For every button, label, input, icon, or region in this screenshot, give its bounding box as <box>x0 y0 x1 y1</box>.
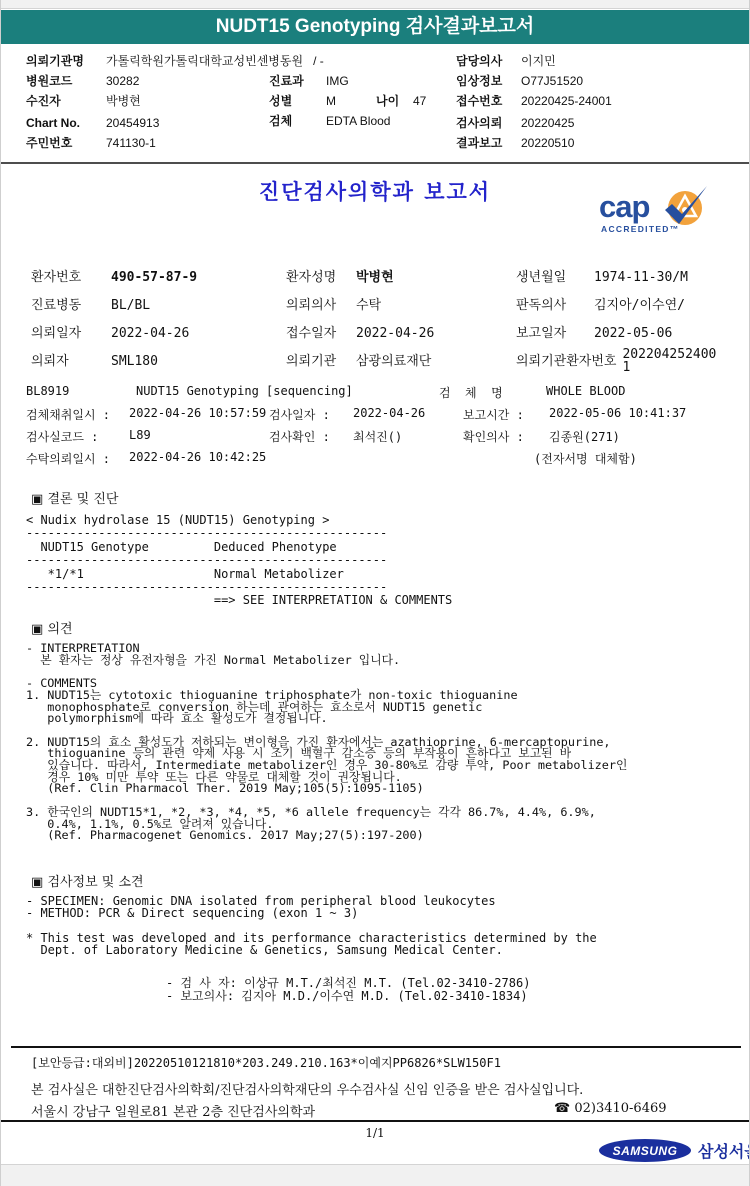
specimen-label: 검체 <box>269 111 326 131</box>
birthdate-value: 1974-11-30/M <box>594 264 688 292</box>
lab-address: 서울시 강남구 일원로81 본관 2층 진단검사의학과 <box>31 1101 315 1120</box>
phone-icon: ☎ <box>554 1101 570 1116</box>
specimen-name-label: 검 체 명 <box>439 384 503 401</box>
specimen-name-value: WHOLE BLOOD <box>546 384 625 398</box>
requester-value: SML180 <box>111 348 158 376</box>
test-verify-value: 최석진() <box>353 428 402 445</box>
patient-no-value: 490-57-87-9 <box>111 264 197 292</box>
confirm-doctor-value: 김종원(271) <box>549 428 620 445</box>
resident-no-row: 주민번호741130-1 <box>26 133 456 153</box>
ward-value: BL/BL <box>111 292 150 320</box>
opinion-title-text: 의견 <box>47 622 72 637</box>
test-info-section-title: ▣ 검사정보 및 소견 <box>31 871 144 890</box>
test-info-bullet-icon: ▣ <box>31 875 43 890</box>
conclusion-title-text: 결론 및 진단 <box>47 492 118 507</box>
report-time-label: 보고시간 : <box>463 406 524 423</box>
signature-lines: - 검 사 자: 이상규 M.T./최석진 M.T. (Tel.02-3410-… <box>166 977 530 1002</box>
top-gray-strip <box>1 0 749 9</box>
sex-value: M <box>326 91 376 111</box>
examinee-value: 박병현 <box>106 91 141 111</box>
lab-code-value: L89 <box>129 428 151 442</box>
header-divider <box>1 162 749 164</box>
referring-doctor-label: 의뢰의사 <box>286 292 356 320</box>
confirm-doctor-label: 확인의사 : <box>463 428 524 445</box>
collect-datetime-label: 검체채취일시 : <box>26 406 110 423</box>
order-date-row: 검사의뢰20220425 <box>456 113 746 133</box>
report-date-value: 2022-05-06 <box>594 320 672 348</box>
cap-accredited-logo: cap ACCREDITED™ <box>599 192 719 242</box>
clinical-info-value: O77J51520 <box>521 71 583 91</box>
lab-phone: ☎ 02)3410-6469 <box>554 1101 667 1116</box>
chart-no-label: Chart No. <box>26 113 106 133</box>
test-code: BL8919 <box>26 384 69 398</box>
patient-row-3: 의뢰일자2022-04-26 접수일자2022-04-26 보고일자2022-0… <box>31 320 739 348</box>
result-report-label: 결과보고 <box>456 133 521 153</box>
test-verify-label: 검사확인 : <box>269 428 330 445</box>
phone-number: 02)3410-6469 <box>574 1101 666 1116</box>
opinion-bullet-icon: ▣ <box>31 622 43 637</box>
patient-row-1: 환자번호490-57-87-9 환자성명박병현 생년월일1974-11-30/M <box>31 264 739 292</box>
entrust-datetime-label: 수탁의뢰일시 : <box>26 450 110 467</box>
sex-label: 성별 <box>269 91 326 111</box>
org-patient-no-value: 2022042524001 <box>622 348 718 376</box>
department-value: IMG <box>326 71 349 91</box>
resident-no-label: 주민번호 <box>26 133 106 153</box>
specimen-row: 검체EDTA Blood <box>269 111 469 131</box>
collect-datetime-value: 2022-04-26 10:57:59 <box>129 406 266 420</box>
age-value: 47 <box>413 91 426 111</box>
lab-code-label: 검사실코드 : <box>26 428 98 445</box>
patient-name-value: 박병현 <box>356 264 394 292</box>
entrust-datetime-value: 2022-04-26 10:42:25 <box>129 450 266 464</box>
esign-note: (전자서명 대체함) <box>534 450 637 467</box>
receipt-date-label: 접수일자 <box>286 320 356 348</box>
request-date-value: 2022-04-26 <box>111 320 189 348</box>
birthdate-label: 생년월일 <box>516 264 588 292</box>
opinion-section-title: ▣ 의견 <box>31 618 73 637</box>
lab-certification-text: 본 검사실은 대한진단검사의학회/진단검사의학재단의 우수검사실 신임 인증을 … <box>31 1079 583 1098</box>
cap-logo-text: cap <box>599 192 649 222</box>
report-title-bar: NUDT15 Genotyping 검사결과보고서 <box>1 10 749 44</box>
order-date-label: 검사의뢰 <box>456 113 521 133</box>
resident-no-value: 741130-1 <box>106 133 156 153</box>
conclusion-section-title: ▣ 결론 및 진단 <box>31 488 119 507</box>
department-row: 진료과IMG <box>269 71 469 91</box>
sex-age-row: 성별M나이47 <box>269 91 469 111</box>
reading-doctor-value: 김지아/이수연/ <box>594 292 685 320</box>
specimen-value: EDTA Blood <box>326 111 390 131</box>
request-date-label: 의뢰일자 <box>31 320 111 348</box>
test-name: NUDT15 Genotyping [sequencing] <box>136 384 353 398</box>
hospital-code-value: 30282 <box>106 71 139 91</box>
test-date-label: 검사일자 : <box>269 406 330 423</box>
receipt-date-value: 2022-04-26 <box>356 320 434 348</box>
department-label: 진료과 <box>269 71 326 91</box>
patient-row-4: 의뢰자SML180 의뢰기관삼광의료재단 의뢰기관환자번호20220425240… <box>31 348 739 376</box>
test-info-title-text: 검사정보 및 소견 <box>47 875 143 890</box>
result-report-value: 20220510 <box>521 133 574 153</box>
footer-top-rule <box>11 1046 741 1048</box>
conclusion-result-table: < Nudix hydrolase 15 (NUDT15) Genotyping… <box>26 514 452 608</box>
org-patient-no-label: 의뢰기관환자번호 <box>516 348 616 376</box>
patient-no-label: 환자번호 <box>31 264 111 292</box>
report-date-label: 보고일자 <box>516 320 588 348</box>
test-header-block: BL8919 NUDT15 Genotyping [sequencing] 검 … <box>1 384 749 476</box>
test-info-text: - SPECIMEN: Genomic DNA isolated from pe… <box>26 895 597 956</box>
test-date-value: 2022-04-26 <box>353 406 425 420</box>
result-report-row: 결과보고20220510 <box>456 133 746 153</box>
referral-org-row: 의뢰기관명가톨릭학원가톨릭대학교성빈센병동원 / - <box>26 51 456 71</box>
referral-org-label: 의뢰기관명 <box>26 51 106 71</box>
patient-info-table: 환자번호490-57-87-9 환자성명박병현 생년월일1974-11-30/M… <box>31 264 739 376</box>
conclusion-bullet-icon: ▣ <box>31 492 43 507</box>
patient-name-label: 환자성명 <box>286 264 356 292</box>
accession-no-row: 접수번호20220425-24001 <box>456 91 746 111</box>
hospital-code-label: 병원코드 <box>26 71 106 91</box>
clinical-info-label: 임상정보 <box>456 71 521 91</box>
samsung-logo-text: SAMSUNG <box>613 1144 678 1158</box>
attending-doctor-row: 담당의사이지민 <box>456 51 746 71</box>
lab-report-page: { "colors":{ "title_bar_bg":"#1b7f7d", "… <box>0 0 750 1186</box>
bottom-gray-strip <box>1 1164 749 1186</box>
cap-accredited-text: ACCREDITED™ <box>601 224 680 234</box>
opinion-text: - INTERPRETATION 본 환자는 정상 유전자형을 가진 Norma… <box>26 643 627 842</box>
report-time-value: 2022-05-06 10:41:37 <box>549 406 686 420</box>
examinee-label: 수진자 <box>26 91 106 111</box>
security-classification: [보안등급:대외비]20220510121810*203.249.210.163… <box>31 1054 501 1071</box>
patient-row-2: 진료병동BL/BL 의뢰의사수탁 판독의사김지아/이수연/ <box>31 292 739 320</box>
referring-doctor-value: 수탁 <box>356 292 381 320</box>
hospital-name-text: 삼성서울병원 <box>698 1139 750 1162</box>
accession-no-value: 20220425-24001 <box>521 91 612 111</box>
attending-doctor-value: 이지민 <box>521 51 556 71</box>
footer-bottom-rule <box>1 1120 749 1122</box>
samsung-logo-ellipse: SAMSUNG <box>599 1139 691 1162</box>
ward-label: 진료병동 <box>31 292 111 320</box>
chart-no-value: 20454913 <box>106 113 159 133</box>
referral-org2-label: 의뢰기관 <box>286 348 356 376</box>
attending-doctor-label: 담당의사 <box>456 51 521 71</box>
referral-info-right: 담당의사이지민 임상정보O77J51520 접수번호20220425-24001… <box>456 51 746 153</box>
age-label: 나이 <box>376 91 413 111</box>
referral-info-middle: 진료과IMG 성별M나이47 검체EDTA Blood <box>269 71 469 131</box>
samsung-hospital-logo: SAMSUNG 삼성서울병원 <box>599 1137 750 1163</box>
requester-label: 의뢰자 <box>31 348 111 376</box>
reading-doctor-label: 판독의사 <box>516 292 588 320</box>
clinical-info-row: 임상정보O77J51520 <box>456 71 746 91</box>
order-date-value: 20220425 <box>521 113 574 133</box>
referral-org-value: 가톨릭학원가톨릭대학교성빈센병동원 / - <box>106 51 324 71</box>
accession-no-label: 접수번호 <box>456 91 521 111</box>
referral-org2-value: 삼광의료재단 <box>356 348 431 376</box>
